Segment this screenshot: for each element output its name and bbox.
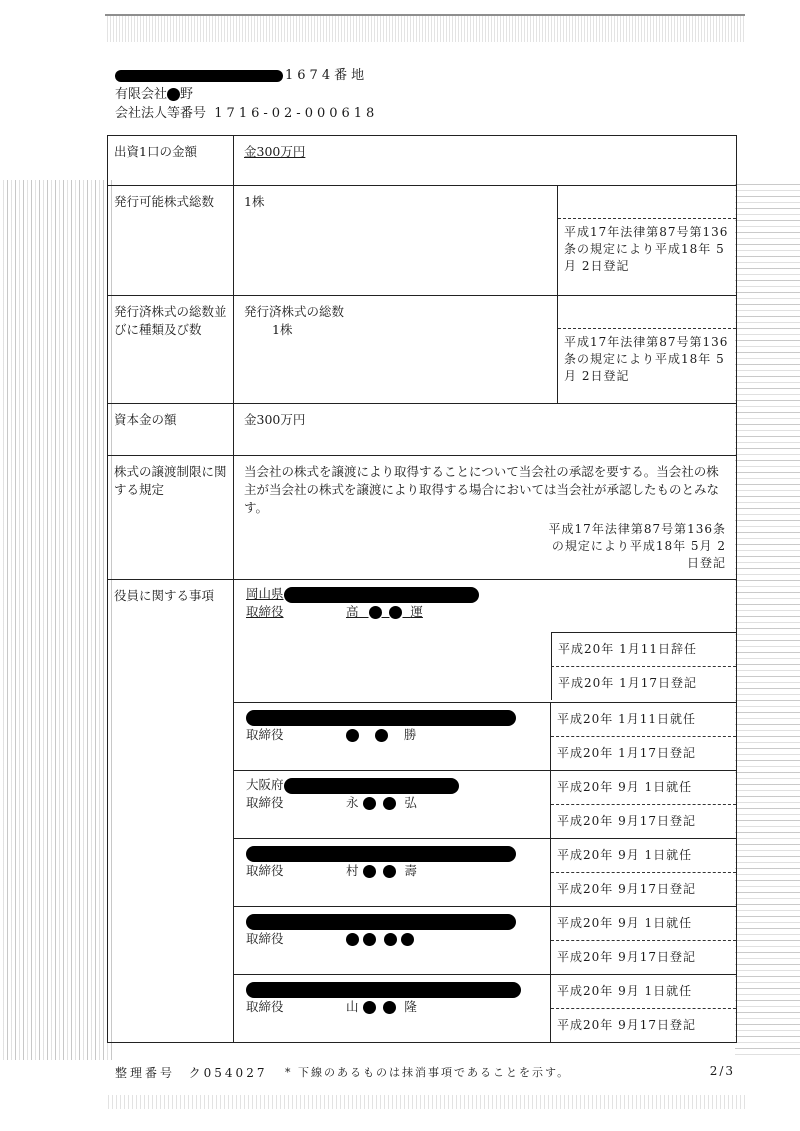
redaction-dot <box>384 933 397 946</box>
redaction-dot <box>167 88 180 101</box>
scan-noise-top <box>105 14 745 42</box>
officer-entry: 大阪府 取締役永 弘 平成20年 9月 1日就任平成20年 9月17日登記 <box>234 770 736 838</box>
row-label: 出資1口の金額 <box>108 136 234 186</box>
redaction-dot <box>383 797 396 810</box>
row-label: 発行可能株式総数 <box>108 186 234 296</box>
row-label: 発行済株式の総数並びに種類及び数 <box>108 296 234 404</box>
redaction-dot <box>375 729 388 742</box>
redaction-dot <box>401 933 414 946</box>
document-footer: 整理番号 ク054027 * 下線のあるものは抹消事項であることを示す。 2/3 <box>115 1064 735 1081</box>
scan-noise-right <box>735 180 800 1060</box>
table-row: 株式の譲渡制限に関する規定 当会社の株式を譲渡により取得することについて当会社の… <box>108 456 737 580</box>
table-row: 発行可能株式総数 1株 平成17年法律第87号第136条の規定により平成18年 … <box>108 186 737 296</box>
row-value: 1株 <box>234 186 558 296</box>
officer-entry: 岡山県 取締役高 運 平成20年 1月11日辞任平成20年 1月17日登記 <box>234 580 736 702</box>
company-name: 有限会社野 <box>115 85 378 104</box>
table-row: 役員に関する事項 岡山県 取締役高 運 平成20年 1月11日辞任平成20年 1… <box>108 580 737 1043</box>
redaction <box>246 914 516 930</box>
row-label: 資本金の額 <box>108 404 234 456</box>
registry-table: 出資1口の金額 金300万円 発行可能株式総数 1株 平成17年法律第87号第1… <box>107 135 737 1043</box>
registration-note: 平成17年法律第87号第136条の規定により平成18年 5月 2日登記 <box>546 521 726 572</box>
row-value: 発行済株式の総数 <box>244 303 547 321</box>
corp-number: 1716-02-000618 <box>214 106 378 121</box>
registration-note: 平成17年法律第87号第136条の規定により平成18年 5月 2日登記 <box>558 218 736 280</box>
registration-note: 平成17年法律第87号第136条の規定により平成18年 5月 2日登記 <box>558 328 736 390</box>
row-value: 1株 <box>244 321 547 339</box>
officer-entry: 取締役村 壽 平成20年 9月 1日就任平成20年 9月17日登記 <box>234 838 736 906</box>
corp-number-line: 会社法人等番号 1716-02-000618 <box>115 104 378 123</box>
table-row: 資本金の額 金300万円 <box>108 404 737 456</box>
row-label: 株式の譲渡制限に関する規定 <box>108 456 234 580</box>
redaction <box>246 982 521 998</box>
reference-number: 整理番号 ク054027 <box>115 1064 285 1081</box>
redaction <box>284 587 479 603</box>
officer-entry: 取締役山 隆 平成20年 9月 1日就任平成20年 9月17日登記 <box>234 974 736 1042</box>
row-value: 金300万円 <box>244 144 305 159</box>
row-value: 金300万円 <box>234 404 737 456</box>
footer-note: * 下線のあるものは抹消事項であることを示す。 <box>285 1064 685 1081</box>
redaction-dot <box>363 933 376 946</box>
document-header: 1674番地 有限会社野 会社法人等番号 1716-02-000618 <box>115 66 378 123</box>
officer-entry: 取締役 平成20年 9月 1日就任平成20年 9月17日登記 <box>234 906 736 974</box>
table-row: 出資1口の金額 金300万円 <box>108 136 737 186</box>
redaction-dot <box>383 1001 396 1014</box>
redaction-dot <box>363 797 376 810</box>
redaction <box>246 846 516 862</box>
redaction-dot <box>369 606 382 619</box>
redaction-dot <box>346 933 359 946</box>
table-row: 発行済株式の総数並びに種類及び数 発行済株式の総数1株 平成17年法律第87号第… <box>108 296 737 404</box>
redaction <box>115 70 283 82</box>
redaction-dot <box>363 865 376 878</box>
redaction-dot <box>346 729 359 742</box>
company-address: 1674番地 <box>115 66 378 85</box>
redaction-dot <box>363 1001 376 1014</box>
redaction-dot <box>383 865 396 878</box>
scan-noise-bottom <box>105 1095 745 1109</box>
page-number: 2/3 <box>685 1064 735 1081</box>
scan-noise-left <box>0 180 115 1060</box>
redaction-dot <box>389 606 402 619</box>
officer-entry: 取締役 勝 平成20年 1月11日就任平成20年 1月17日登記 <box>234 702 736 770</box>
redaction <box>284 778 459 794</box>
row-label: 役員に関する事項 <box>108 580 234 1043</box>
redaction <box>246 710 516 726</box>
row-value: 当会社の株式を譲渡により取得することについて当会社の承認を要する。当会社の株主が… <box>244 463 726 517</box>
